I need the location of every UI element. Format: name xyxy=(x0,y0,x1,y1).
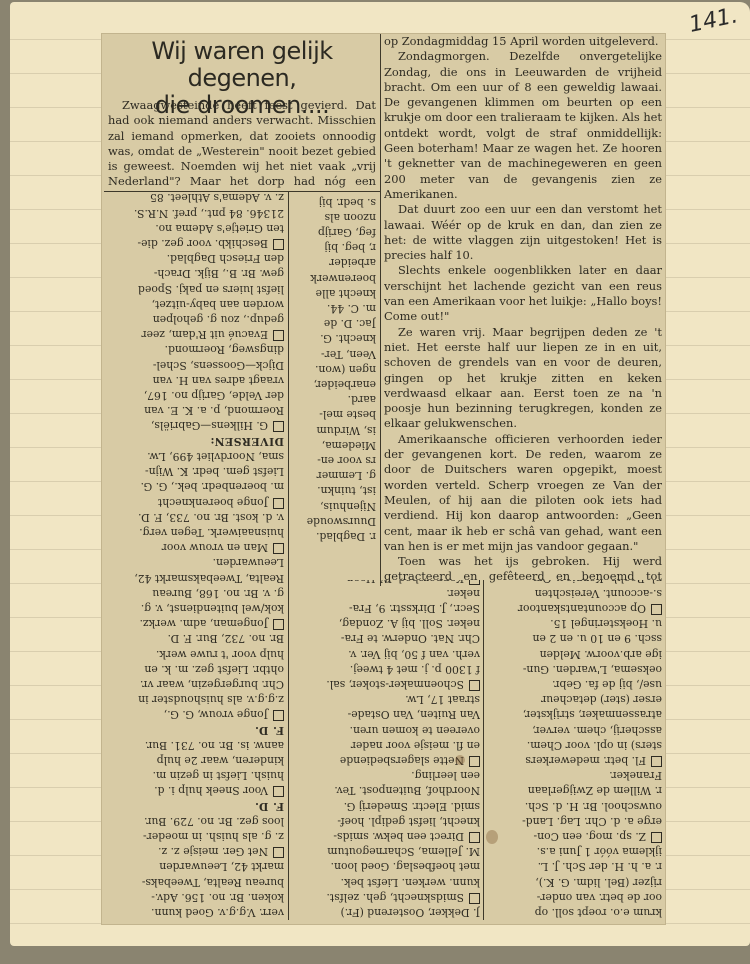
ad-line: J. Dekker, Oosterend (Fr.) xyxy=(290,905,480,920)
ad-line: Dijck—Goossens, Schel- xyxy=(108,357,284,372)
ad-line: loos gez. Br. no. 729. Bur. xyxy=(108,814,284,829)
ad-line: vraagt adres van H. van xyxy=(108,373,284,388)
ad-line: G. Hilkens—Gabriëls, xyxy=(108,418,284,433)
ad-line: u. Hoeksteringel 15. xyxy=(486,616,662,631)
ad-line: markt 42, Leeuwarden xyxy=(108,859,284,874)
ad-line: huisnaaiwerk. Tegen verg. xyxy=(108,525,284,540)
ad-line: Evacué uit R'dam, zeer xyxy=(108,327,284,342)
ad-line: erser (ster) detacheur xyxy=(486,692,662,707)
ad-line: ngen (won. xyxy=(292,362,376,377)
ad-line: Chr. Nat. Onderw. te Fra- xyxy=(290,631,480,646)
article-paragraph: Ze waren vrij. Maar begrijpen deden ze '… xyxy=(384,325,662,432)
checkbox-square-icon xyxy=(469,756,480,767)
ad-line: sma, Noordvliet 499, Lw. xyxy=(108,449,284,464)
ad-line: g. Lemmer xyxy=(292,468,376,483)
ad-line: Smidsknecht, geh. zelfst. xyxy=(290,890,480,905)
checkbox-square-icon xyxy=(469,832,480,843)
ad-line: m. boerenbedr. bek., G. G. xyxy=(108,479,284,494)
ad-line: beste mel- xyxy=(292,407,376,422)
ad-line: r. Dagblad. xyxy=(292,529,376,544)
ad-line: sters) in opl. voor Chem. xyxy=(486,738,662,753)
ad-line: Liefst gem. bedr. K. Wijn- xyxy=(108,464,284,479)
ad-line: Jonge boerenknecht xyxy=(108,494,284,509)
ad-line: Jonge vrouw, G. G., xyxy=(108,707,284,722)
ad-line: F. D. xyxy=(108,722,284,737)
ad-line: ssch. 9 en 10 u. en 2 en xyxy=(486,631,662,646)
article-paragraph: op Zondagmiddag 15 April worden uitgelev… xyxy=(384,34,662,49)
checkbox-square-icon xyxy=(651,756,662,767)
checkbox-square-icon xyxy=(273,847,284,858)
ad-line: nzoon als xyxy=(292,210,376,225)
ad-line: ohtbr. Liefst gez. m. k. en xyxy=(108,662,284,677)
column-divider xyxy=(483,580,484,920)
ad-line: krum e.o. roept soll. op xyxy=(486,905,662,920)
checkbox-square-icon xyxy=(273,330,284,341)
ad-line: gedup., zou g. geholpen xyxy=(108,312,284,327)
ad-line: Veen, Ter- xyxy=(292,346,376,361)
ad-line: koken. Br. no. 156. Adv.- xyxy=(108,890,284,905)
ad-line: ten Grietje's Adema no. xyxy=(108,221,284,236)
ad-line: r. Willem de Zwijgerlaan xyxy=(486,783,662,798)
ad-line: s. bedr. bij xyxy=(292,194,376,209)
checkbox-square-icon xyxy=(651,832,662,843)
ad-line: oor de betr. van onder- xyxy=(486,890,662,905)
ad-line: Kappersbed. W. Haan, xyxy=(290,580,480,586)
ad-line: huish. Liefst in gezin m. xyxy=(108,768,284,783)
ad-line: en fl. meisje voor nader xyxy=(290,738,480,753)
ad-line: kinderen, waar 2e hulp xyxy=(108,753,284,768)
ad-line: Fl. betr. medewerkers xyxy=(486,753,662,768)
ad-line: pl. Boekh. Kennis v. Om- xyxy=(486,580,662,586)
article-paragraph: Amerikaansche officieren verhoorden iede… xyxy=(384,432,662,554)
ad-line: z. v. Adema's Athleet. 85 xyxy=(108,192,284,205)
ad-line: ige arb.voorw. Melden xyxy=(486,646,662,661)
ad-line: Br. no. 732, Bur. F. D. xyxy=(108,631,284,646)
ad-line: M. Jellema, Scharnegoutum xyxy=(290,844,480,859)
ad-line: straat 17, Lw. xyxy=(290,692,480,707)
ad-line: verr. V.g.g.v. Goed kunn. xyxy=(108,905,284,920)
classified-ads-column-b: r. Dagblad.DuurswoudeNijenhuis,ist, tuin… xyxy=(292,192,376,544)
ad-line: feg, Garijp xyxy=(292,225,376,240)
ad-line: r, beg. bij xyxy=(292,240,376,255)
ad-line: is, Wirdum xyxy=(292,422,376,437)
ad-line: neker. Soll. bij A. Zondag, xyxy=(290,616,480,631)
ad-line: den Friesch Dagblad. xyxy=(108,251,284,266)
headline-line-1: Wij waren gelijk degenen, xyxy=(106,38,378,92)
ad-line: Miedema, xyxy=(292,438,376,453)
article-paragraph: Zondagmorgen. Dezelfde onvergetelijke Zo… xyxy=(384,49,662,202)
ad-line: Schoenmaker-stoker, sal. xyxy=(290,677,480,692)
ad-line: ouwschool. Br. H. d. Sch. xyxy=(486,798,662,813)
ad-line: z.g.g.v. als huishoudster in xyxy=(108,692,284,707)
ad-line: z. g. als huish. in moeder- xyxy=(108,829,284,844)
ad-line: erge a. d. Chr. Lag. Land- xyxy=(486,814,662,829)
stain-mark xyxy=(486,830,498,844)
ad-line: F. D. xyxy=(108,798,284,813)
ad-line: Secr., J. Dirksstr. 9, Fra- xyxy=(290,601,480,616)
ad-line: Nijenhuis, xyxy=(292,498,376,513)
ad-line: t, Ferwerd. xyxy=(292,192,376,194)
ad-line: Leeuwarden. xyxy=(108,555,284,570)
ad-line: rs voor en- xyxy=(292,453,376,468)
ad-line: hulp voor 't ruwe werk. xyxy=(108,646,284,661)
ad-line: arbeider xyxy=(292,255,376,270)
ad-line: v. d. kost. Br. no. 733, F. D. xyxy=(108,510,284,525)
ad-line: atrassenmaker, strijkster, xyxy=(486,707,662,722)
ad-line: Realta, Tweebaksmarkt 42, xyxy=(108,570,284,585)
ad-line: Direct een bekw. smids- xyxy=(290,829,480,844)
ad-line: enarbeider, xyxy=(292,377,376,392)
ad-line: asscherij, chem. verver, xyxy=(486,722,662,737)
ad-line: der Velde, Garijp no. 167, xyxy=(108,388,284,403)
ad-line: oeksema, L'warden. Gun- xyxy=(486,662,662,677)
classified-ads-column-a: verr. V.g.g.v. Goed kunn.koken. Br. no. … xyxy=(108,192,284,920)
checkbox-square-icon xyxy=(273,239,284,250)
ad-line: aard. xyxy=(292,392,376,407)
ad-line: rijzer (Bel. lidm. G. K.), xyxy=(486,874,662,889)
ad-line: DIVERSEN: xyxy=(108,434,284,449)
column-divider xyxy=(288,192,289,920)
ad-line: met hoefbeslag. Goed loon. xyxy=(290,859,480,874)
ad-line: 21346. 84 pnt., pref. N.R.S. xyxy=(108,205,284,220)
ad-line: knecht alle xyxy=(292,286,376,301)
ad-line: Jongeman, adm. werkz. xyxy=(108,616,284,631)
ad-line: boerenwerk xyxy=(292,270,376,285)
article-column-left: Zwaagwesteinde heeft feest gevierd. Dat … xyxy=(108,98,376,190)
ad-line: Van Ruiten, Van Ostade- xyxy=(290,707,480,722)
classified-ads-column-c: J. Dekker, Oosterend (Fr.)Smidsknecht, g… xyxy=(290,580,480,920)
ad-line: Z. sp. mog. een Con- xyxy=(486,829,662,844)
ad-line: Beschikb. voor gez. die- xyxy=(108,236,284,251)
checkbox-square-icon xyxy=(273,498,284,509)
ad-line: g. v. Br. no. 168, Bureau xyxy=(108,586,284,601)
ad-line: ijklema vóór 1 Juni a.s. xyxy=(486,844,662,859)
ad-line: Voor Sneek hulp i. d. xyxy=(108,783,284,798)
ad-line: Franeker. xyxy=(486,768,662,783)
checkbox-square-icon xyxy=(469,680,480,691)
ad-line: Duurswoude xyxy=(292,514,376,529)
article-paragraph: Zwaagwesteinde heeft feest gevierd. Dat … xyxy=(108,98,376,190)
ad-line: kok/wel buitendienst, v. g. xyxy=(108,601,284,616)
ad-line: Jac. D. de xyxy=(292,316,376,331)
ad-line: bureau Realta, Tweebaks- xyxy=(108,874,284,889)
ad-line: smid. Electr. Smederij G. xyxy=(290,798,480,813)
ad-line: overeen te komen uren. xyxy=(290,722,480,737)
ad-line: m. C. 44. xyxy=(292,301,376,316)
checkbox-square-icon xyxy=(273,543,284,554)
ad-line: een leerling. xyxy=(290,768,480,783)
checkbox-square-icon xyxy=(273,710,284,721)
ad-line: use/, bij de fa. Gebr. xyxy=(486,677,662,692)
stain-mark xyxy=(455,755,465,765)
article-paragraph: Slechts enkele oogenblikken later en daa… xyxy=(384,263,662,324)
ad-line: Chr. burgergezin, waar vr. xyxy=(108,677,284,692)
ad-line: s.-account. Vereischten xyxy=(486,586,662,601)
article-paragraph: Dat duurt zoo een uur een dan verstomt h… xyxy=(384,202,662,263)
checkbox-square-icon xyxy=(469,893,480,904)
ad-line: dingsweg, Roermond. xyxy=(108,342,284,357)
ad-line: f 1300 p. j. met 4 tweej. xyxy=(290,662,480,677)
ad-line: gew. Br. B., Bijk. Drach- xyxy=(108,266,284,281)
ad-line: ist, tuinkn. xyxy=(292,483,376,498)
ad-line: aanw. is. Br. no. 731. Bur. xyxy=(108,738,284,753)
ad-line: knecht. G. xyxy=(292,331,376,346)
article-column-right: op Zondagmiddag 15 April worden uitgelev… xyxy=(384,34,662,584)
checkbox-square-icon xyxy=(273,619,284,630)
ad-line: Nette slagersbediende xyxy=(290,753,480,768)
handwritten-page-number: 141. xyxy=(687,3,740,38)
ad-line: neker. xyxy=(290,586,480,601)
classified-ads-column-d: krum e.o. roept soll. opoor de betr. van… xyxy=(486,580,662,920)
ad-line: knecht, liefst gedipl. hoef- xyxy=(290,814,480,829)
ad-line: Roermond, p. a. K. E. van xyxy=(108,403,284,418)
ad-line: worden aan baby-uitzet, xyxy=(108,297,284,312)
ad-line: r. a. h. H. der Sch. J. L. xyxy=(486,859,662,874)
ad-line: kunn. werken. Liefst bek. xyxy=(290,874,480,889)
checkbox-square-icon xyxy=(273,422,284,433)
ad-line: Net Ger. meisje z. z. xyxy=(108,844,284,859)
column-divider xyxy=(380,34,381,586)
ad-line: liefst luiers en pakj. Spoed xyxy=(108,281,284,296)
ad-line: Man en vrouw voor xyxy=(108,540,284,555)
ad-line: verh. van f 50, bij Ver. v. xyxy=(290,646,480,661)
checkbox-square-icon xyxy=(469,580,480,585)
ad-line: Op accountantskantoor xyxy=(486,601,662,616)
checkbox-square-icon xyxy=(651,604,662,615)
checkbox-square-icon xyxy=(273,786,284,797)
ad-line: Noordhof, Buitenpost. Tev. xyxy=(290,783,480,798)
